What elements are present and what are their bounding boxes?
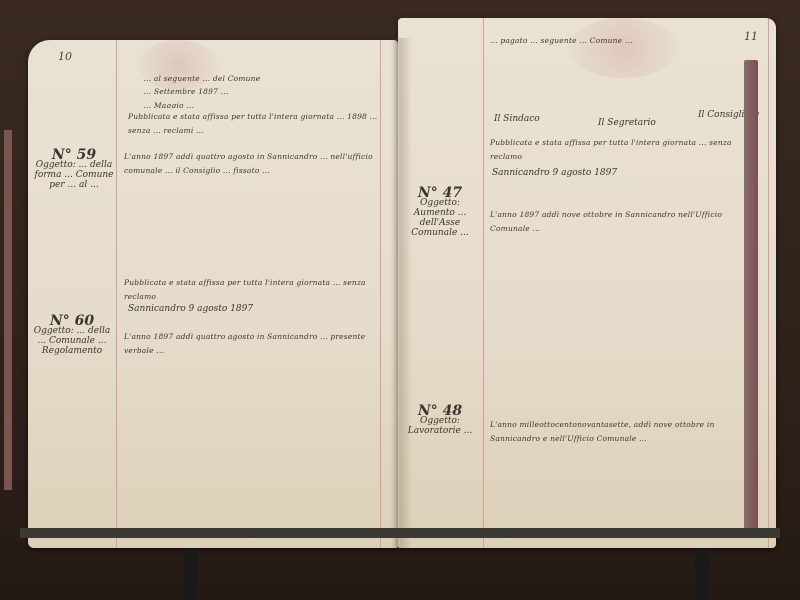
book-cover-edge-left <box>4 130 12 490</box>
book-cover-bottom <box>20 528 780 538</box>
publication-note: Pubblicata e stata affissa per tutta l'i… <box>124 276 378 304</box>
publication-note: Pubblicata e stata affissa per tutta l'i… <box>128 110 378 138</box>
margin-rule <box>380 40 381 548</box>
top-continuation-text: ... pagato ... seguente ... Comune ... <box>490 34 760 114</box>
book-spine <box>390 38 412 548</box>
margin-rule <box>483 18 484 548</box>
top-continuation-text: ... al seguente ... del Comune ... Sette… <box>128 58 378 108</box>
signature-segretario: Il Segretario <box>598 118 656 128</box>
entry-heading: N° 60 Oggetto: ... della ... Comunale ..… <box>32 316 112 356</box>
right-page: 11 ... pagato ... seguente ... Comune ..… <box>398 18 776 548</box>
entry-heading: N° 59 Oggetto: ... della forma ... Comun… <box>34 150 114 190</box>
margin-rule <box>116 40 117 548</box>
entry-text: L'anno milleottocentonovantasette, addì … <box>490 418 760 528</box>
publication-note: Pubblicata e stata affissa per tutta l'i… <box>490 136 760 164</box>
place-date: Sannicandro 9 agosto 1897 <box>492 168 617 178</box>
place-date: Sannicandro 9 agosto 1897 <box>128 304 253 314</box>
entry-heading: N° 48 Oggetto: Lavoratorie ... <box>400 406 480 436</box>
left-page: 10 ... al seguente ... del Comune ... Se… <box>28 40 398 548</box>
bookmark-ribbon <box>184 550 198 600</box>
open-ledger: 10 ... al seguente ... del Comune ... Se… <box>28 18 788 548</box>
page-number: 10 <box>58 50 72 63</box>
entry-text: L'anno 1897 addì quattro agosto in Sanni… <box>124 150 378 270</box>
bookmark-ribbon <box>695 550 709 600</box>
signature-sindaco: Il Sindaco <box>494 114 540 124</box>
entry-text: L'anno 1897 addì quattro agosto in Sanni… <box>124 330 378 530</box>
book-cover-edge-right <box>744 60 758 530</box>
entry-text: L'anno 1897 addì nove ottobre in Sannica… <box>490 208 760 368</box>
margin-rule <box>768 18 769 548</box>
entry-heading: N° 47 Oggetto: Aumento ... dell'Asse Com… <box>400 188 480 238</box>
